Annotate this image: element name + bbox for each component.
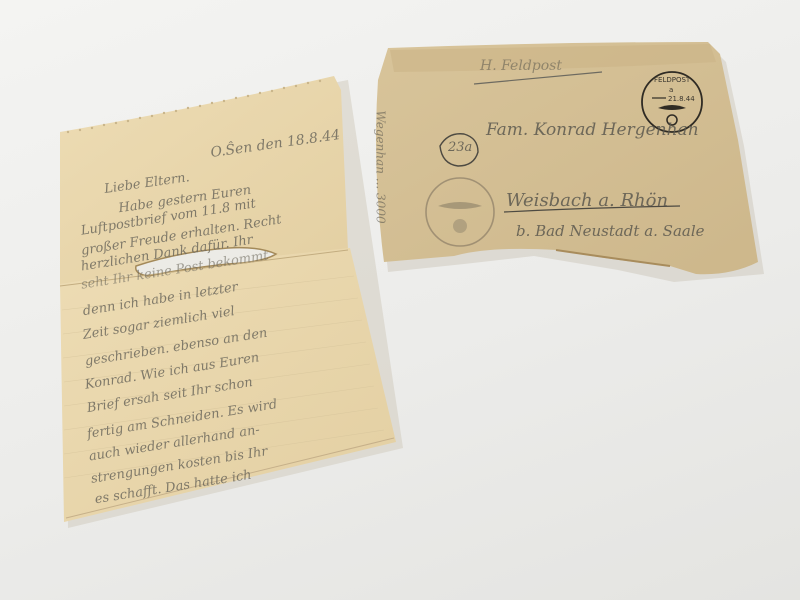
envelope-sender: H. Feldpost [480,58,562,74]
envelope: H. Feldpost FELDPOST a 21.8.44 Fam. Konr… [370,40,770,285]
recipient-name: Fam. Konrad Hergenhan [486,120,699,140]
postmark-top: FELDPOST [654,76,690,84]
recipient-town: Weisbach a. Rhön [506,190,668,211]
postmark-date: 21.8.44 [668,95,695,103]
circled-number: 23a [448,140,472,155]
envelope-paper [370,40,770,285]
recipient-region: b. Bad Neustadt a. Saale [516,222,705,240]
envelope-side-text: Wegenhan ... 3000 [374,110,388,223]
postmark-letter: a [669,86,673,94]
handwritten-letter: O.Ŝen den 18.8.44 Liebe Eltern. Habe ges… [58,70,403,530]
